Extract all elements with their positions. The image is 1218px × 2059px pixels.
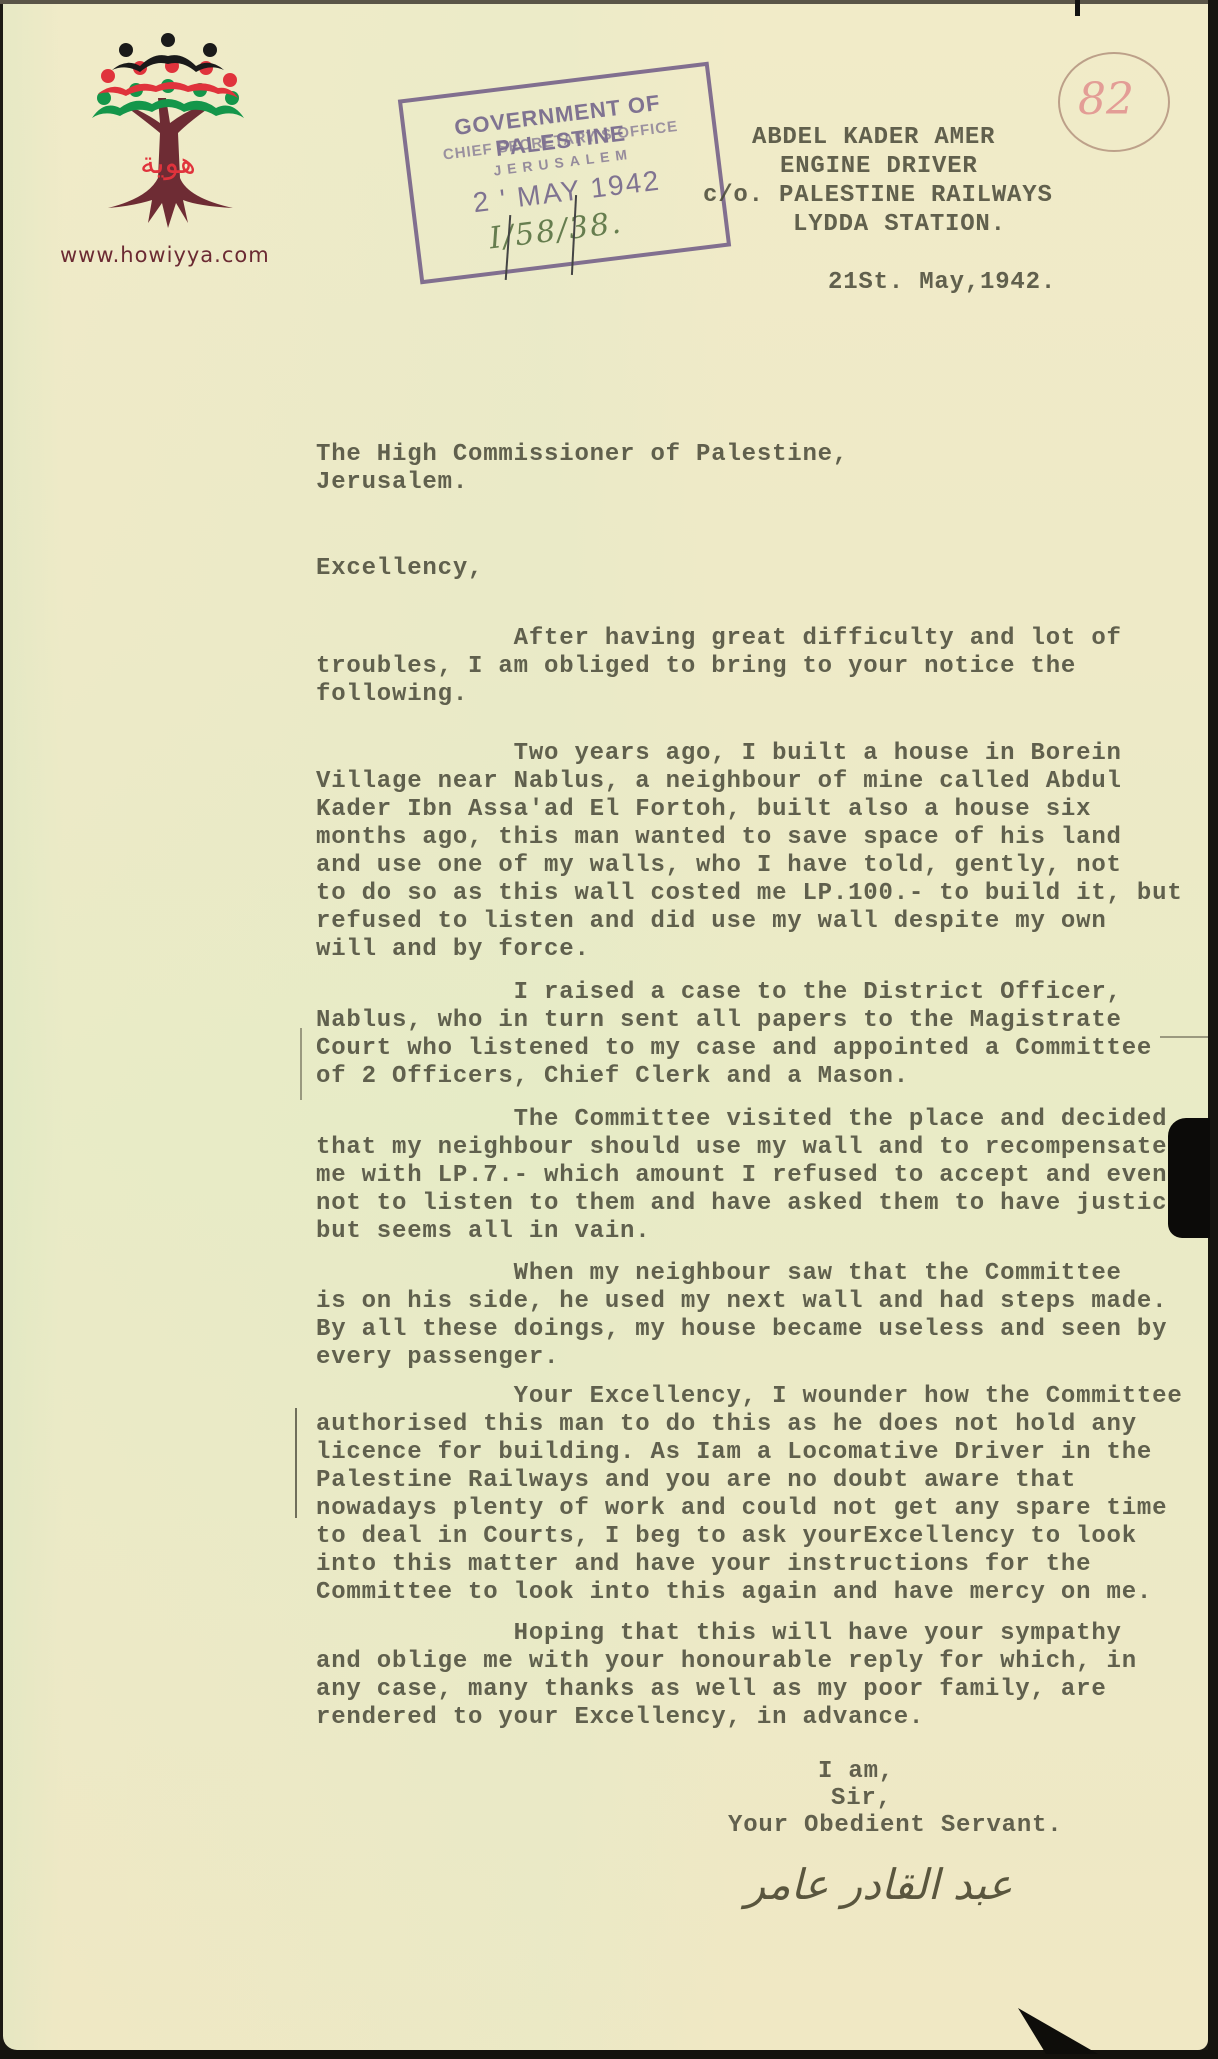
folio-number-text: 82 [1078, 74, 1134, 125]
arabic-signature: عبد القادر عامر [745, 1860, 1013, 1909]
letter-date: 21St. May,1942. [828, 269, 1056, 297]
sender-occupation: ENGINE DRIVER [780, 153, 978, 181]
closing-line-1: I am, [818, 1758, 894, 1786]
closing-line-2: Sir, [831, 1785, 892, 1813]
paragraph-2: Two years ago, I built a house in Borein… [316, 740, 1183, 964]
recipient-line-2: Jerusalem. [316, 469, 468, 497]
paragraph-3: I raised a case to the District Officer,… [316, 979, 1152, 1091]
pencil-margin-mark [300, 1028, 302, 1100]
watermark-url: www.howiyya.com [60, 243, 270, 267]
paragraph-5: When my neighbour saw that the Committee… [316, 1260, 1167, 1372]
paragraph-7: Hoping that this will have your sympathy… [316, 1620, 1137, 1732]
pencil-margin-bracket [295, 1408, 297, 1518]
salutation: Excellency, [316, 555, 483, 583]
paragraph-4: The Committee visited the place and deci… [316, 1106, 1183, 1246]
staple-mark [1075, 0, 1080, 16]
folio-number: 82 [1058, 52, 1170, 152]
paragraph-6: Your Excellency, I wounder how the Commi… [316, 1383, 1183, 1607]
tree-people-icon: هوية [88, 28, 248, 238]
closing-line-3: Your Obedient Servant. [728, 1812, 1062, 1840]
svg-text:هوية: هوية [140, 146, 196, 181]
received-stamp: GOVERNMENT OF PALESTINE CHIEF SECRETARY'… [398, 62, 731, 285]
recipient-line-1: The High Commissioner of Palestine, [316, 441, 848, 469]
ink-blot [1168, 1118, 1210, 1238]
howiyya-logo: هوية [88, 28, 248, 238]
sender-address-2: LYDDA STATION. [793, 211, 1006, 239]
sender-name: ABDEL KADER AMER [752, 124, 995, 152]
scan-bottom-edge [0, 2050, 1218, 2059]
scan-right-edge [1208, 0, 1218, 2059]
sender-address-1: c/o. PALESTINE RAILWAYS [703, 182, 1053, 210]
paragraph-1: After having great difficulty and lot of… [316, 625, 1122, 709]
margin-tick [1160, 1036, 1208, 1038]
